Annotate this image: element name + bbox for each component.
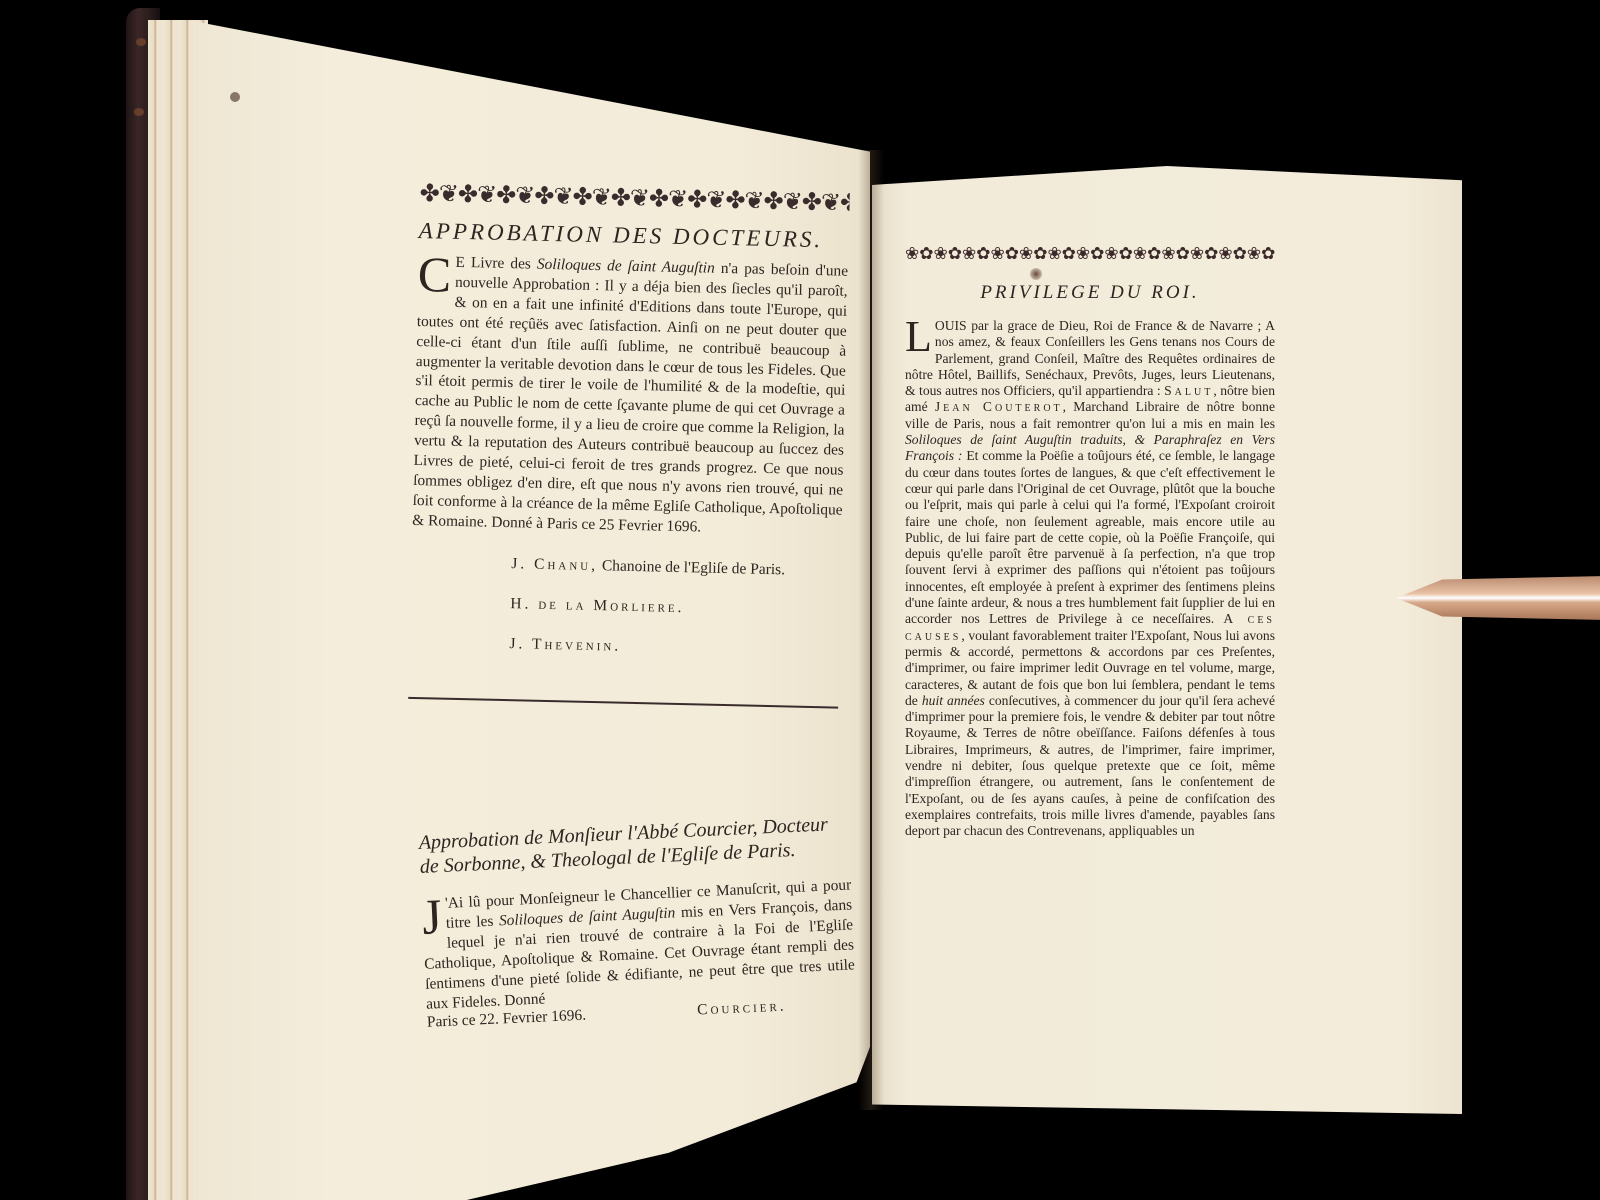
courcier-heading: Approbation de Monſieur l'Abbé Courcier,… — [418, 811, 850, 878]
left-page-text: ✤❦✤❦✤❦✤❦✤❦✤❦✤❦✤❦✤❦✤❦✤❦✤❦✤❦✤❦ APPROBATION… — [408, 180, 850, 718]
left-page-text-lower: Approbation de Monſieur l'Abbé Courcier,… — [418, 805, 857, 1032]
foxing-spot — [230, 92, 240, 102]
divider-rule — [408, 697, 838, 709]
courcier-paragraph: J'Ai lû pour Monſeigneur le Chancellier … — [421, 875, 856, 1014]
book-title-italic: Soliloques de ſaint Auguſtin — [537, 256, 715, 277]
gutter-shadow — [858, 150, 884, 1110]
wear-spot — [134, 108, 144, 116]
salut-smallcaps: Salut — [1164, 383, 1213, 398]
signature-2: H. de la Morliere. — [510, 595, 840, 620]
publisher-name: Jean Couterot — [935, 399, 1063, 414]
text-span: conſecutives, à commencer du jour qu'il … — [905, 693, 1275, 838]
drop-cap: C — [417, 254, 451, 295]
drop-cap: J — [421, 896, 442, 937]
signature-title: Chanoine de l'Egliſe de Paris. — [602, 557, 785, 578]
drop-cap: L — [905, 320, 932, 354]
signature-name: J. Thevenin. — [509, 635, 621, 655]
approbation-heading: APPROBATION DES DOCTEURS. — [419, 218, 849, 254]
privilege-heading: PRIVILEGE DU ROI. — [905, 282, 1275, 304]
right-page-text: ❀✿❀✿❀✿❀✿❀✿❀✿❀✿❀✿❀✿❀✿❀✿❀✿❀✿ PRIVILEGE DU … — [905, 240, 1275, 840]
approbation-paragraph: CE Livre des Soliloques de ſaint Auguſti… — [412, 252, 848, 540]
wear-spot — [136, 38, 146, 46]
years-italic: huit années — [922, 693, 985, 708]
signature-name: J. Chanu, — [511, 555, 598, 574]
text-span: Et comme la Poëſie a toûjours été, ce ſe… — [905, 448, 1275, 626]
ornament-band: ❀✿❀✿❀✿❀✿❀✿❀✿❀✿❀✿❀✿❀✿❀✿❀✿❀✿ — [905, 240, 1275, 268]
text-span: n'a pas beſoin d'une nouvelle Approbatio… — [412, 260, 848, 536]
signature-1: J. Chanu, Chanoine de l'Egliſe de Paris. — [511, 555, 841, 580]
text-span: E Livre des — [455, 254, 537, 273]
signature-name: H. de la Morliere. — [510, 595, 684, 616]
privilege-paragraph: LOUIS par la grace de Dieu, Roi de Franc… — [905, 318, 1275, 840]
signature-3: J. Thevenin. — [509, 635, 839, 660]
